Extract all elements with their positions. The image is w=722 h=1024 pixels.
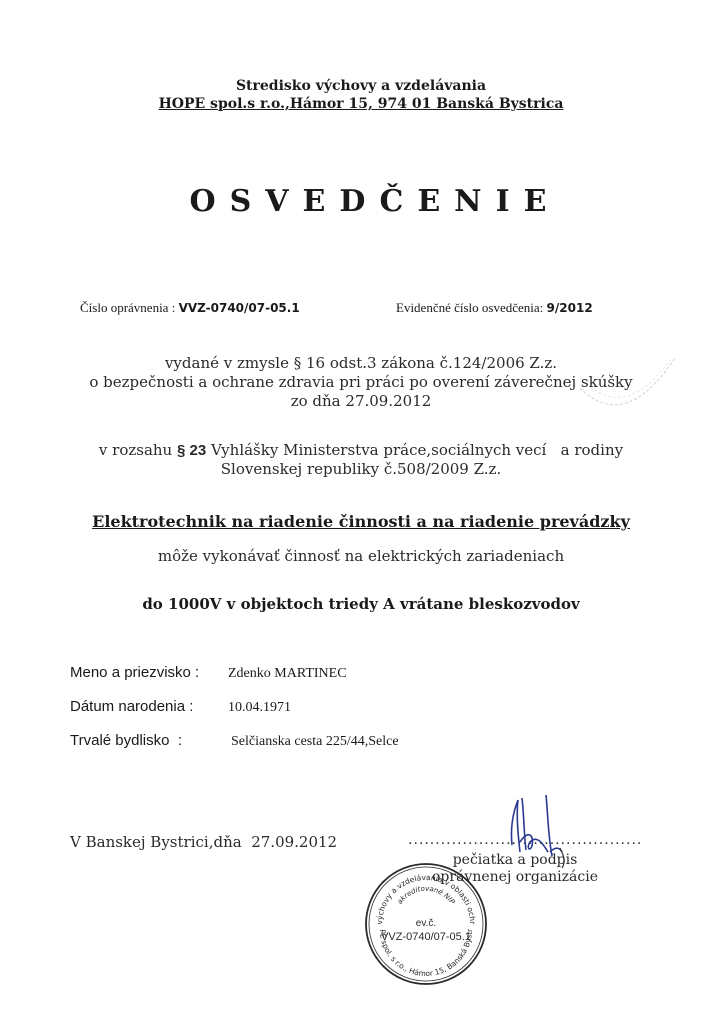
name-label: Meno a priezvisko : [70, 664, 199, 681]
scope-line-1: v rozsahu § 23 Vyhlášky Ministerstva prá… [0, 441, 722, 460]
stamp-label: ev.č. [416, 918, 436, 929]
organization-name: Stredisko výchovy a vzdelávania [0, 78, 722, 94]
activity-text: môže vykonávať činnosť na elektrických z… [0, 547, 722, 565]
scope-prefix: v rozsahu [99, 441, 177, 459]
issued-line-1: vydané v zmysle § 16 odst.3 zákona č.124… [0, 354, 722, 373]
voltage-scope: do 1000V v objektoch triedy A vrátane bl… [0, 595, 722, 613]
issued-paragraph: vydané v zmysle § 16 odst.3 zákona č.124… [0, 354, 722, 411]
authorization-number: VVZ-0740/07-05.1 [179, 301, 300, 315]
place-and-date: V Banskej Bystrici,dňa 27.09.2012 [70, 833, 337, 851]
signature-icon [500, 790, 600, 870]
address-label: Trvalé bydlisko : [70, 732, 182, 749]
authorization-number-row: Číslo oprávnenia : VVZ-0740/07-05.1 [80, 300, 300, 316]
address: Selčianska cesta 225/44,Selce [231, 734, 399, 750]
authorization-label: Číslo oprávnenia : [80, 300, 179, 315]
scope-section: § 23 [177, 442, 206, 459]
issued-line-3: zo dňa 27.09.2012 [0, 392, 722, 411]
certificate-label: Evidenčné číslo osvedčenia: [396, 300, 547, 315]
official-stamp: Stredisko výchovy a vzdelávania v oblast… [362, 860, 490, 988]
birth-date: 10.04.1971 [228, 700, 291, 716]
document-title: OSVEDČENIE [0, 184, 722, 219]
organization-address: HOPE spol.s r.o.,Hámor 15, 974 01 Banská… [0, 96, 722, 112]
stamp-inner-text: akreditované NIP [396, 885, 457, 907]
issued-line-2: o bezpečnosti a ochrane zdravia pri prác… [0, 373, 722, 392]
qualification-title: Elektrotechnik na riadenie činnosti a na… [0, 512, 722, 531]
svg-text:akreditované NIP: akreditované NIP [396, 885, 457, 907]
scope-regulation: Vyhlášky Ministerstva práce,sociálnych v… [206, 441, 623, 459]
holder-name: Zdenko MARTINEC [228, 666, 347, 682]
scope-paragraph: v rozsahu § 23 Vyhlášky Ministerstva prá… [0, 441, 722, 479]
certificate-number-row: Evidenčné číslo osvedčenia: 9/2012 [396, 300, 593, 316]
scope-line-2: Slovenskej republiky č.508/2009 Z.z. [0, 460, 722, 479]
certificate-number: 9/2012 [547, 301, 593, 315]
stamp-number: VVZ-0740/07-05.1 [381, 931, 471, 943]
birth-date-label: Dátum narodenia : [70, 698, 193, 715]
